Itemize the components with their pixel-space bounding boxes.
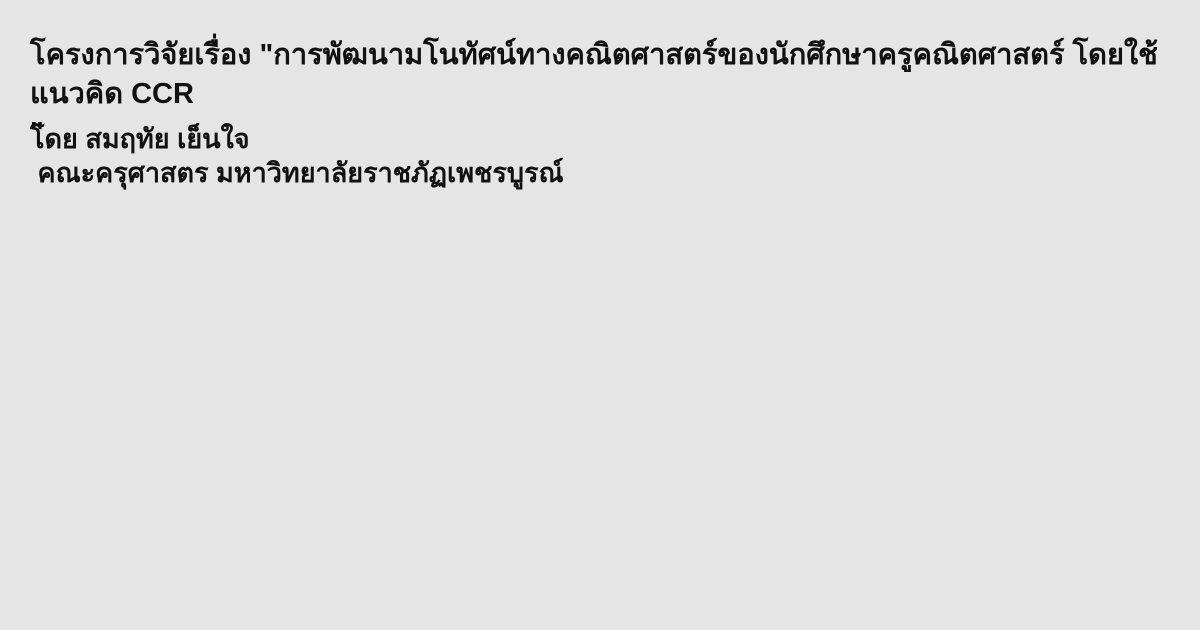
- page-background: { "page": { "background_color": "#e5e5e5…: [0, 0, 1200, 630]
- author-line: โดย สมฤทัย เย็นใจ: [30, 122, 1172, 156]
- research-og-card: โครงการวิจัยเรื่อง "การพัฒนามโนทัศน์ทางค…: [0, 0, 1200, 630]
- affiliation-line: คณะครุศาสตร มหาวิทยาลัยราชภัฏเพชรบูรณ์: [30, 156, 1172, 190]
- byline: โดย สมฤทัย เย็นใจ คณะครุศาสตร มหาวิทยาลั…: [30, 122, 1172, 190]
- title-line-1: โครงการวิจัยเรื่อง "การพัฒนามโนทัศน์ทางค…: [30, 36, 1172, 114]
